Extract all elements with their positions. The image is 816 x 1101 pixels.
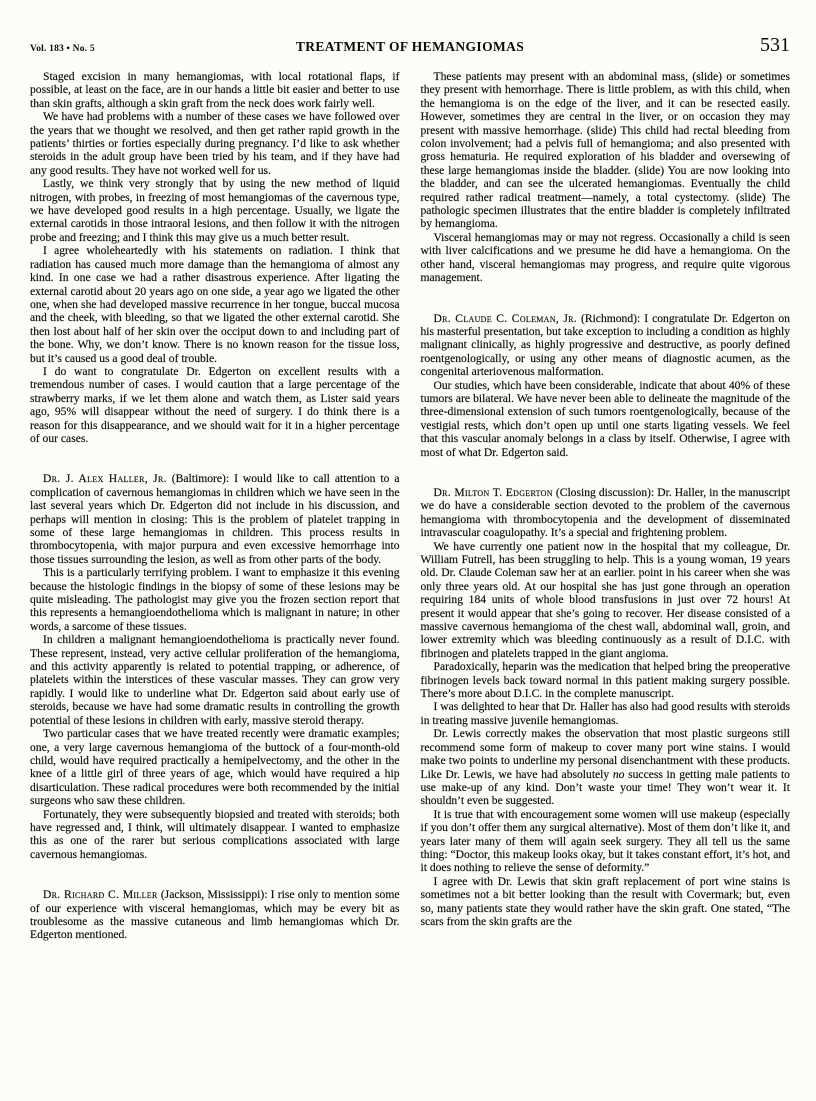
paragraph-text: This is a particularly terrifying proble… xyxy=(30,566,400,633)
journal-page: Vol. 183 • No. 5 TREATMENT OF HEMANGIOMA… xyxy=(0,0,816,1101)
paragraph: It is true that with encouragement some … xyxy=(421,808,791,875)
discussant-paragraph: Dr. Richard C. Miller (Jackson, Mississi… xyxy=(30,888,400,942)
paragraph: We have currently one patient now in the… xyxy=(421,540,791,661)
paragraph-text: We have currently one patient now in the… xyxy=(421,540,791,660)
speaker-name: Dr. Milton T. Edgerton xyxy=(434,486,553,499)
left-column: Staged excision in many hemangiomas, wit… xyxy=(30,70,400,942)
two-column-body: Staged excision in many hemangiomas, wit… xyxy=(30,70,790,942)
discussant-paragraph: Dr. Milton T. Edgerton (Closing discussi… xyxy=(421,486,791,540)
speaker-name: Dr. J. Alex Haller, Jr. xyxy=(43,472,167,485)
volume-issue: Vol. 183 • No. 5 xyxy=(30,44,160,54)
paragraph-text: I do want to congratulate Dr. Edgerton o… xyxy=(30,365,400,445)
paragraph: Our studies, which have been considerabl… xyxy=(421,379,791,459)
paragraph: Staged excision in many hemangiomas, wit… xyxy=(30,70,400,110)
discussant-paragraph: Dr. J. Alex Haller, Jr. (Baltimore): I w… xyxy=(30,472,400,566)
paragraph-text: (Baltimore): I would like to call attent… xyxy=(30,472,400,565)
paragraph: Fortunately, they were subsequently biop… xyxy=(30,808,400,862)
page-number: 531 xyxy=(660,34,790,57)
paragraph-text: We have had problems with a number of th… xyxy=(30,110,400,177)
running-title: TREATMENT OF HEMANGIOMAS xyxy=(160,39,660,55)
paragraph: I do want to congratulate Dr. Edgerton o… xyxy=(30,365,400,445)
paragraph-text: Staged excision in many hemangiomas, wit… xyxy=(30,70,400,110)
paragraph: I agree with Dr. Lewis that skin graft r… xyxy=(421,875,791,929)
paragraph: Lastly, we think very strongly that by u… xyxy=(30,177,400,244)
paragraph-text: I agree wholeheartedly with his statemen… xyxy=(30,244,400,364)
paragraph-text: Two particular cases that we have treate… xyxy=(30,727,400,807)
paragraph-text: Lastly, we think very strongly that by u… xyxy=(30,177,400,244)
paragraph: These patients may present with an abdom… xyxy=(421,70,791,231)
paragraph-text: Visceral hemangiomas may or may not regr… xyxy=(421,231,791,284)
paragraph: We have had problems with a number of th… xyxy=(30,110,400,177)
paragraph: I agree wholeheartedly with his statemen… xyxy=(30,244,400,365)
right-column: These patients may present with an abdom… xyxy=(421,70,791,942)
paragraph: Visceral hemangiomas may or may not regr… xyxy=(421,231,791,285)
paragraph: Two particular cases that we have treate… xyxy=(30,727,400,807)
paragraph-text: Fortunately, they were subsequently biop… xyxy=(30,808,400,861)
discussant-paragraph: Dr. Claude C. Coleman, Jr. (Richmond): I… xyxy=(421,312,791,379)
speaker-name: Dr. Claude C. Coleman, Jr. xyxy=(434,312,577,325)
emphasized-word: no xyxy=(613,768,625,781)
paragraph-text: Our studies, which have been considerabl… xyxy=(421,379,791,459)
paragraph-text: Paradoxically, heparin was the medicatio… xyxy=(421,660,791,700)
page-header: Vol. 183 • No. 5 TREATMENT OF HEMANGIOMA… xyxy=(30,34,790,57)
paragraph: Dr. Lewis correctly makes the observatio… xyxy=(421,727,791,807)
paragraph: This is a particularly terrifying proble… xyxy=(30,566,400,633)
paragraph: I was delighted to hear that Dr. Haller … xyxy=(421,700,791,727)
paragraph-text: These patients may present with an abdom… xyxy=(421,70,791,230)
speaker-name: Dr. Richard C. Miller xyxy=(43,888,158,901)
paragraph-text: In children a malignant hemangioendothel… xyxy=(30,633,400,726)
paragraph-text: It is true that with encouragement some … xyxy=(421,808,791,875)
paragraph: Paradoxically, heparin was the medicatio… xyxy=(421,660,791,700)
paragraph-text: I was delighted to hear that Dr. Haller … xyxy=(421,700,791,726)
paragraph: In children a malignant hemangioendothel… xyxy=(30,633,400,727)
paragraph-text: I agree with Dr. Lewis that skin graft r… xyxy=(421,875,791,928)
